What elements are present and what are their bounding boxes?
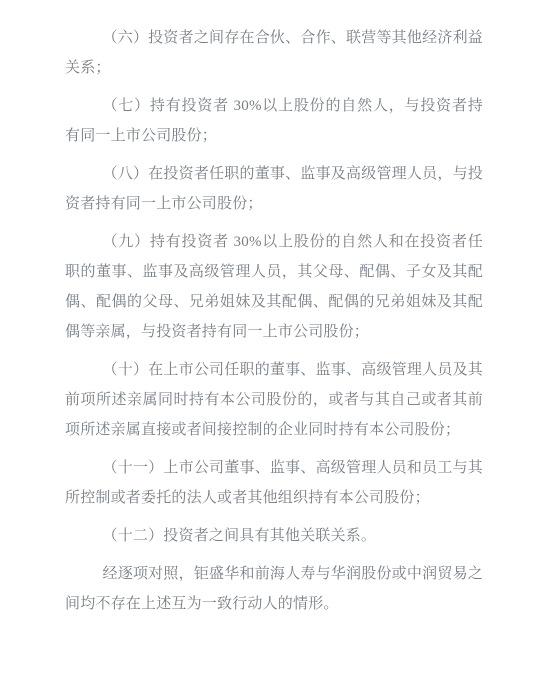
clause-item-6: （六）投资者之间存在合伙、合作、联营等其他经济利益关系；: [65, 23, 483, 83]
clause-item-12: （十二）投资者之间具有其他关联关系。: [65, 521, 483, 551]
clause-item-8: （八）在投资者任职的董事、监事及高级管理人员，与投资者持有同一上市公司股份；: [65, 159, 483, 219]
clause-item-11: （十一）上市公司董事、监事、高级管理人员和员工与其所控制或者委托的法人或者其他组…: [65, 453, 483, 513]
clause-item-7: （七）持有投资者 30%以上股份的自然人，与投资者持有同一上市公司股份；: [65, 91, 483, 151]
clause-item-10: （十）在上市公司任职的董事、监事、高级管理人员及其前项所述亲属同时持有本公司股份…: [65, 355, 483, 445]
document-page: （六）投资者之间存在合伙、合作、联营等其他经济利益关系； （七）持有投资者 30…: [0, 0, 550, 685]
clause-item-9: （九）持有投资者 30%以上股份的自然人和在投资者任职的董事、监事及高级管理人员…: [65, 227, 483, 347]
closing-statement: 经逐项对照，钜盛华和前海人寿与华润股份或中润贸易之间均不存在上述互为一致行动人的…: [65, 559, 483, 619]
